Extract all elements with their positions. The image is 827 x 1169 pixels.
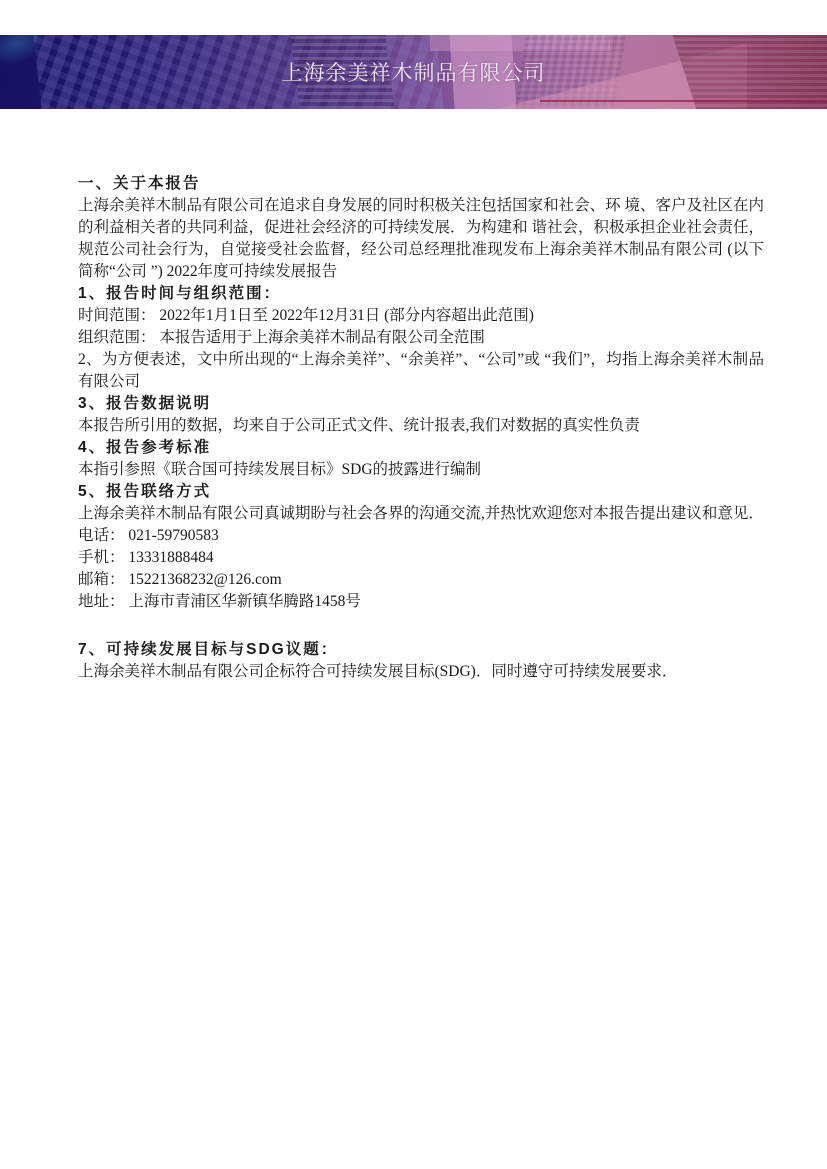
- section-about-report: 一、关于本报告 上海余美祥木制品有限公司在追求自身发展的同时积极关注包括国家和社…: [78, 173, 764, 283]
- section-heading-standard: 4、报告参考标准: [78, 437, 764, 459]
- section-heading-time-scope: 1、报告时间与组织范围：: [78, 283, 764, 305]
- reference-standard-paragraph: 本指引参照《联合国可持续发展目标》SDG的披露进行编制: [78, 459, 764, 481]
- report-content: 一、关于本报告 上海余美祥木制品有限公司在追求自身发展的同时积极关注包括国家和社…: [78, 173, 764, 683]
- section-heading-contact: 5、报告联络方式: [78, 481, 764, 503]
- contact-address-label: 地址：: [78, 593, 128, 610]
- contact-email: 邮箱： 15221368232@126.com: [78, 569, 764, 591]
- contact-mobile-label: 手机：: [78, 549, 128, 566]
- data-description-paragraph: 本报告所引用的数据，均来自于公司正式文件、统计报表,我们对数据的真实性负责: [78, 415, 764, 437]
- org-scope-paragraph: 组织范围： 本报告适用于上海余美祥木制品有限公司全范围: [78, 327, 764, 349]
- contact-email-label: 邮箱：: [78, 571, 128, 588]
- contact-phone-value: 021-59790583: [128, 527, 218, 544]
- section-reference-standard: 4、报告参考标准 本指引参照《联合国可持续发展目标》SDG的披露进行编制: [78, 437, 764, 481]
- contact-intro-paragraph: 上海余美祥木制品有限公司真诚期盼与社会各界的沟通交流,并热忱欢迎您对本报告提出建…: [78, 503, 764, 525]
- naming-convention-paragraph: 2、为方便表述，文中所出现的“上海余美祥”、“余美祥”、“公司”或 “我们”，均…: [78, 349, 764, 393]
- company-title: 上海余美祥木制品有限公司: [0, 35, 827, 109]
- report-page: 上海余美祥木制品有限公司 一、关于本报告 上海余美祥木制品有限公司在追求自身发展…: [0, 0, 827, 1169]
- about-paragraph: 上海余美祥木制品有限公司在追求自身发展的同时积极关注包括国家和社会、环 境、客户…: [78, 195, 764, 283]
- section-time-scope: 1、报告时间与组织范围： 时间范围： 2022年1月1日至 2022年12月31…: [78, 283, 764, 393]
- time-range-paragraph: 时间范围： 2022年1月1日至 2022年12月31日 (部分内容超出此范围): [78, 305, 764, 327]
- contact-email-value: 15221368232@126.com: [128, 571, 281, 588]
- sdg-paragraph: 上海余美祥木制品有限公司企标符合可持续发展目标(SDG)．同时遵守可持续发展要求…: [78, 661, 764, 683]
- contact-phone-label: 电话：: [78, 527, 128, 544]
- header-banner: 上海余美祥木制品有限公司: [0, 35, 827, 109]
- section-heading-data: 3、报告数据说明: [78, 393, 764, 415]
- contact-address-value: 上海市青浦区华新镇华腾路1458号: [128, 593, 361, 610]
- section-heading-sdg: 7、可持续发展目标与SDG议题：: [78, 639, 764, 661]
- section-sdg: 7、可持续发展目标与SDG议题： 上海余美祥木制品有限公司企标符合可持续发展目标…: [78, 639, 764, 683]
- section-heading-about: 一、关于本报告: [78, 173, 764, 195]
- section-contact: 5、报告联络方式 上海余美祥木制品有限公司真诚期盼与社会各界的沟通交流,并热忱欢…: [78, 481, 764, 613]
- section-data-description: 3、报告数据说明 本报告所引用的数据，均来自于公司正式文件、统计报表,我们对数据…: [78, 393, 764, 437]
- contact-address: 地址： 上海市青浦区华新镇华腾路1458号: [78, 591, 764, 613]
- contact-mobile-value: 13331888484: [128, 549, 213, 566]
- contact-phone: 电话： 021-59790583: [78, 525, 764, 547]
- contact-mobile: 手机： 13331888484: [78, 547, 764, 569]
